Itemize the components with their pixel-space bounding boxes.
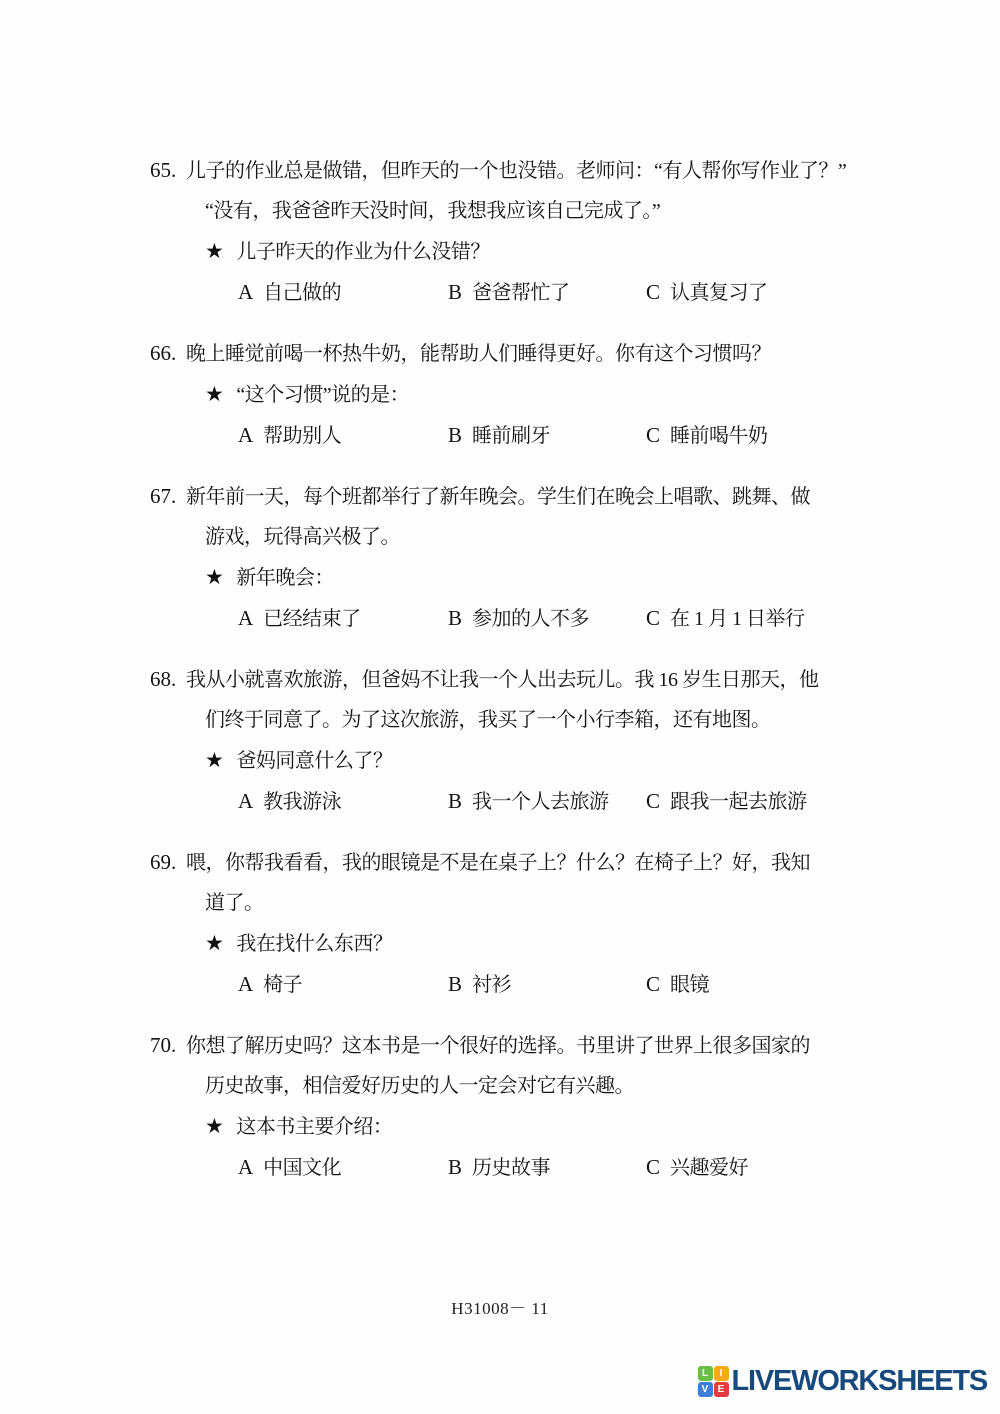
question-text: 我从小就喜欢旅游，但爸妈不让我一个人出去玩儿。我 16 岁生日那天，他 bbox=[186, 669, 819, 691]
star-question: ★爸妈同意什么了？ bbox=[150, 740, 876, 781]
option-b[interactable]: B我一个人去旅游 bbox=[448, 781, 646, 822]
option-letter: A bbox=[238, 598, 253, 638]
footer-page-code: H31008－ 11 bbox=[0, 1294, 1000, 1319]
question-text: 历史故事，相信爱好历史的人一定会对它有兴趣。 bbox=[205, 1075, 634, 1097]
question-text: 新年前一天，每个班都举行了新年晚会。学生们在晚会上唱歌、跳舞、做 bbox=[186, 486, 810, 508]
logo-square-l: L bbox=[698, 1366, 713, 1381]
logo-square-i: I bbox=[714, 1366, 729, 1381]
question-text: 们终于同意了。为了这次旅游，我买了一个小行李箱，还有地图。 bbox=[205, 709, 771, 731]
question-69: 69.喂，你帮我看看，我的眼镜是不是在桌子上？什么？在椅子上？好，我知 道了。 … bbox=[150, 842, 876, 1005]
question-line: 游戏，玩得高兴极了。 bbox=[150, 517, 876, 557]
question-line: “没有，我爸爸昨天没时间，我想我应该自己完成了。” bbox=[150, 191, 876, 231]
question-67: 67.新年前一天，每个班都举行了新年晚会。学生们在晚会上唱歌、跳舞、做 游戏，玩… bbox=[150, 476, 876, 639]
option-c[interactable]: C兴趣爱好 bbox=[646, 1147, 876, 1188]
logo-square-v: V bbox=[698, 1382, 713, 1397]
option-a[interactable]: A帮助别人 bbox=[238, 415, 448, 456]
option-a[interactable]: A椅子 bbox=[238, 964, 448, 1005]
option-text: 衬衫 bbox=[472, 974, 511, 996]
option-a[interactable]: A中国文化 bbox=[238, 1147, 448, 1188]
option-letter: C bbox=[646, 781, 660, 821]
question-number: 69. bbox=[150, 842, 186, 882]
option-letter: A bbox=[238, 1147, 253, 1187]
star-icon: ★ bbox=[205, 557, 223, 597]
question-number: 65. bbox=[150, 150, 186, 190]
star-icon: ★ bbox=[205, 923, 223, 963]
option-text: 帮助别人 bbox=[263, 425, 341, 447]
star-question: ★这本书主要介绍： bbox=[150, 1106, 876, 1147]
question-line: 65.儿子的作业总是做错，但昨天的一个也没错。老师问：“有人帮你写作业了？” bbox=[150, 150, 876, 191]
star-question: ★“这个习惯”说的是： bbox=[150, 374, 876, 415]
option-text: 认真复习了 bbox=[670, 282, 768, 304]
option-c[interactable]: C认真复习了 bbox=[646, 272, 876, 313]
question-line: 67.新年前一天，每个班都举行了新年晚会。学生们在晚会上唱歌、跳舞、做 bbox=[150, 476, 876, 517]
option-text: 参加的人不多 bbox=[472, 608, 589, 630]
question-line: 70.你想了解历史吗？这本书是一个很好的选择。书里讲了世界上很多国家的 bbox=[150, 1025, 876, 1066]
worksheet-page: 65.儿子的作业总是做错，但昨天的一个也没错。老师问：“有人帮你写作业了？” “… bbox=[0, 0, 1000, 1414]
question-number: 67. bbox=[150, 476, 186, 516]
question-line: 69.喂，你帮我看看，我的眼镜是不是在桌子上？什么？在椅子上？好，我知 bbox=[150, 842, 876, 883]
question-text: 你想了解历史吗？这本书是一个很好的选择。书里讲了世界上很多国家的 bbox=[186, 1035, 810, 1057]
option-letter: B bbox=[448, 272, 462, 312]
question-65: 65.儿子的作业总是做错，但昨天的一个也没错。老师问：“有人帮你写作业了？” “… bbox=[150, 150, 876, 313]
question-text: “没有，我爸爸昨天没时间，我想我应该自己完成了。” bbox=[205, 200, 660, 222]
option-letter: C bbox=[646, 1147, 660, 1187]
option-letter: B bbox=[448, 415, 462, 455]
option-text: 睡前喝牛奶 bbox=[670, 425, 768, 447]
option-text: 椅子 bbox=[263, 974, 302, 996]
star-question: ★儿子昨天的作业为什么没错？ bbox=[150, 231, 876, 272]
option-c[interactable]: C在 1 月 1 日举行 bbox=[646, 598, 876, 639]
option-letter: A bbox=[238, 964, 253, 1004]
option-a[interactable]: A已经结束了 bbox=[238, 598, 448, 639]
star-icon: ★ bbox=[205, 740, 223, 780]
option-letter: B bbox=[448, 781, 462, 821]
option-text: 兴趣爱好 bbox=[670, 1157, 748, 1179]
option-letter: C bbox=[646, 964, 660, 1004]
question-70: 70.你想了解历史吗？这本书是一个很好的选择。书里讲了世界上很多国家的 历史故事… bbox=[150, 1025, 876, 1188]
question-number: 68. bbox=[150, 659, 186, 699]
option-text: 眼镜 bbox=[670, 974, 709, 996]
question-line: 68.我从小就喜欢旅游，但爸妈不让我一个人出去玩儿。我 16 岁生日那天，他 bbox=[150, 659, 876, 700]
star-icon: ★ bbox=[205, 1106, 223, 1146]
question-line: 们终于同意了。为了这次旅游，我买了一个小行李箱，还有地图。 bbox=[150, 700, 876, 740]
option-c[interactable]: C眼镜 bbox=[646, 964, 876, 1005]
question-number: 70. bbox=[150, 1025, 186, 1065]
question-text: 儿子的作业总是做错，但昨天的一个也没错。老师问：“有人帮你写作业了？” bbox=[186, 160, 846, 182]
option-letter: A bbox=[238, 272, 253, 312]
liveworksheets-logo[interactable]: L I V E LIVEWORKSHEETS bbox=[698, 1365, 988, 1398]
options-row: A教我游泳 B我一个人去旅游 C跟我一起去旅游 bbox=[150, 781, 876, 822]
logo-square-e: E bbox=[714, 1382, 729, 1397]
option-b[interactable]: B参加的人不多 bbox=[448, 598, 646, 639]
option-letter: A bbox=[238, 415, 253, 455]
options-row: A椅子 B衬衫 C眼镜 bbox=[150, 964, 876, 1005]
option-text: 我一个人去旅游 bbox=[472, 791, 609, 813]
star-question: ★新年晚会： bbox=[150, 557, 876, 598]
liveworksheets-wordmark: LIVEWORKSHEETS bbox=[732, 1365, 988, 1398]
option-letter: C bbox=[646, 598, 660, 638]
liveworksheets-logo-icon: L I V E bbox=[698, 1366, 729, 1397]
option-text: 中国文化 bbox=[263, 1157, 341, 1179]
option-text: 跟我一起去旅游 bbox=[670, 791, 807, 813]
star-question-text: 我在找什么东西？ bbox=[236, 933, 392, 955]
option-b[interactable]: B睡前刷牙 bbox=[448, 415, 646, 456]
option-text: 教我游泳 bbox=[263, 791, 341, 813]
option-b[interactable]: B衬衫 bbox=[448, 964, 646, 1005]
question-text: 晚上睡觉前喝一杯热牛奶，能帮助人们睡得更好。你有这个习惯吗？ bbox=[186, 343, 771, 365]
option-text: 爸爸帮忙了 bbox=[472, 282, 570, 304]
star-icon: ★ bbox=[205, 374, 223, 414]
option-a[interactable]: A自己做的 bbox=[238, 272, 448, 313]
question-line: 66.晚上睡觉前喝一杯热牛奶，能帮助人们睡得更好。你有这个习惯吗？ bbox=[150, 333, 876, 374]
option-text: 历史故事 bbox=[472, 1157, 550, 1179]
option-letter: B bbox=[448, 1147, 462, 1187]
star-question-text: 这本书主要介绍： bbox=[236, 1116, 392, 1138]
option-c[interactable]: C跟我一起去旅游 bbox=[646, 781, 876, 822]
option-a[interactable]: A教我游泳 bbox=[238, 781, 448, 822]
option-letter: A bbox=[238, 781, 253, 821]
star-question: ★我在找什么东西？ bbox=[150, 923, 876, 964]
option-letter: C bbox=[646, 272, 660, 312]
star-question-text: “这个习惯”说的是： bbox=[236, 384, 409, 406]
question-text: 游戏，玩得高兴极了。 bbox=[205, 526, 400, 548]
option-b[interactable]: B爸爸帮忙了 bbox=[448, 272, 646, 313]
option-text: 自己做的 bbox=[263, 282, 341, 304]
option-letter: C bbox=[646, 415, 660, 455]
star-question-text: 爸妈同意什么了？ bbox=[236, 750, 392, 772]
option-b[interactable]: B历史故事 bbox=[448, 1147, 646, 1188]
question-line: 历史故事，相信爱好历史的人一定会对它有兴趣。 bbox=[150, 1066, 876, 1106]
star-question-text: 新年晚会： bbox=[236, 567, 334, 589]
question-66: 66.晚上睡觉前喝一杯热牛奶，能帮助人们睡得更好。你有这个习惯吗？ ★“这个习惯… bbox=[150, 333, 876, 456]
options-row: A已经结束了 B参加的人不多 C在 1 月 1 日举行 bbox=[150, 598, 876, 639]
question-text: 喂，你帮我看看，我的眼镜是不是在桌子上？什么？在椅子上？好，我知 bbox=[186, 852, 810, 874]
question-line: 道了。 bbox=[150, 883, 876, 923]
option-text: 已经结束了 bbox=[263, 608, 361, 630]
star-question-text: 儿子昨天的作业为什么没错？ bbox=[236, 241, 490, 263]
questions-section: 65.儿子的作业总是做错，但昨天的一个也没错。老师问：“有人帮你写作业了？” “… bbox=[150, 150, 876, 1208]
star-icon: ★ bbox=[205, 231, 223, 271]
option-letter: B bbox=[448, 964, 462, 1004]
question-text: 道了。 bbox=[205, 892, 264, 914]
option-c[interactable]: C睡前喝牛奶 bbox=[646, 415, 876, 456]
question-number: 66. bbox=[150, 333, 186, 373]
option-text: 睡前刷牙 bbox=[472, 425, 550, 447]
option-text: 在 1 月 1 日举行 bbox=[670, 608, 805, 630]
options-row: A自己做的 B爸爸帮忙了 C认真复习了 bbox=[150, 272, 876, 313]
question-68: 68.我从小就喜欢旅游，但爸妈不让我一个人出去玩儿。我 16 岁生日那天，他 们… bbox=[150, 659, 876, 822]
options-row: A帮助别人 B睡前刷牙 C睡前喝牛奶 bbox=[150, 415, 876, 456]
options-row: A中国文化 B历史故事 C兴趣爱好 bbox=[150, 1147, 876, 1188]
option-letter: B bbox=[448, 598, 462, 638]
